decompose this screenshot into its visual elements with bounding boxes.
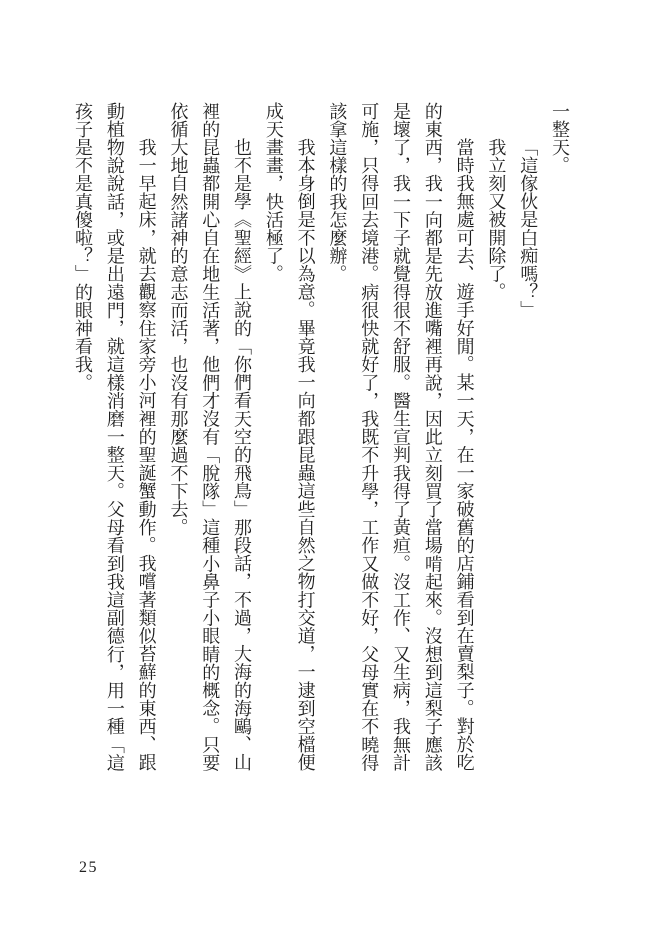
page-number: 25 bbox=[79, 859, 98, 877]
book-page: 一整天。 「這傢伙是白痴嗎？」 我立刻又被開除了。 當時我無處可去、遊手好閒。某… bbox=[0, 0, 663, 932]
paragraph: 我本身倒是不以為意。畢竟我一向都跟昆蟲這些自然之物打交道，一逮到空檔便成天畫畫，… bbox=[257, 102, 321, 774]
paragraph: 我立刻又被開除了。 bbox=[480, 102, 512, 774]
paragraph: 我一早起床，就去觀察住家旁小河裡的聖誕蟹動作。我嚐著類似苔蘚的東西、跟動植物說說… bbox=[66, 102, 161, 774]
paragraph: 當時我無處可去、遊手好閒。某一天，在一家破舊的店鋪看到在賣梨子。對於吃的東西，我… bbox=[321, 102, 480, 774]
paragraph: 也不是學《聖經》上說的「你們看天空的飛鳥」那段話，不過，大海的海鷗、山裡的昆蟲都… bbox=[162, 102, 257, 774]
paragraph: 一整天。 bbox=[543, 102, 575, 774]
body-text: 一整天。 「這傢伙是白痴嗎？」 我立刻又被開除了。 當時我無處可去、遊手好閒。某… bbox=[66, 102, 575, 774]
paragraph: 「這傢伙是白痴嗎？」 bbox=[511, 102, 543, 774]
